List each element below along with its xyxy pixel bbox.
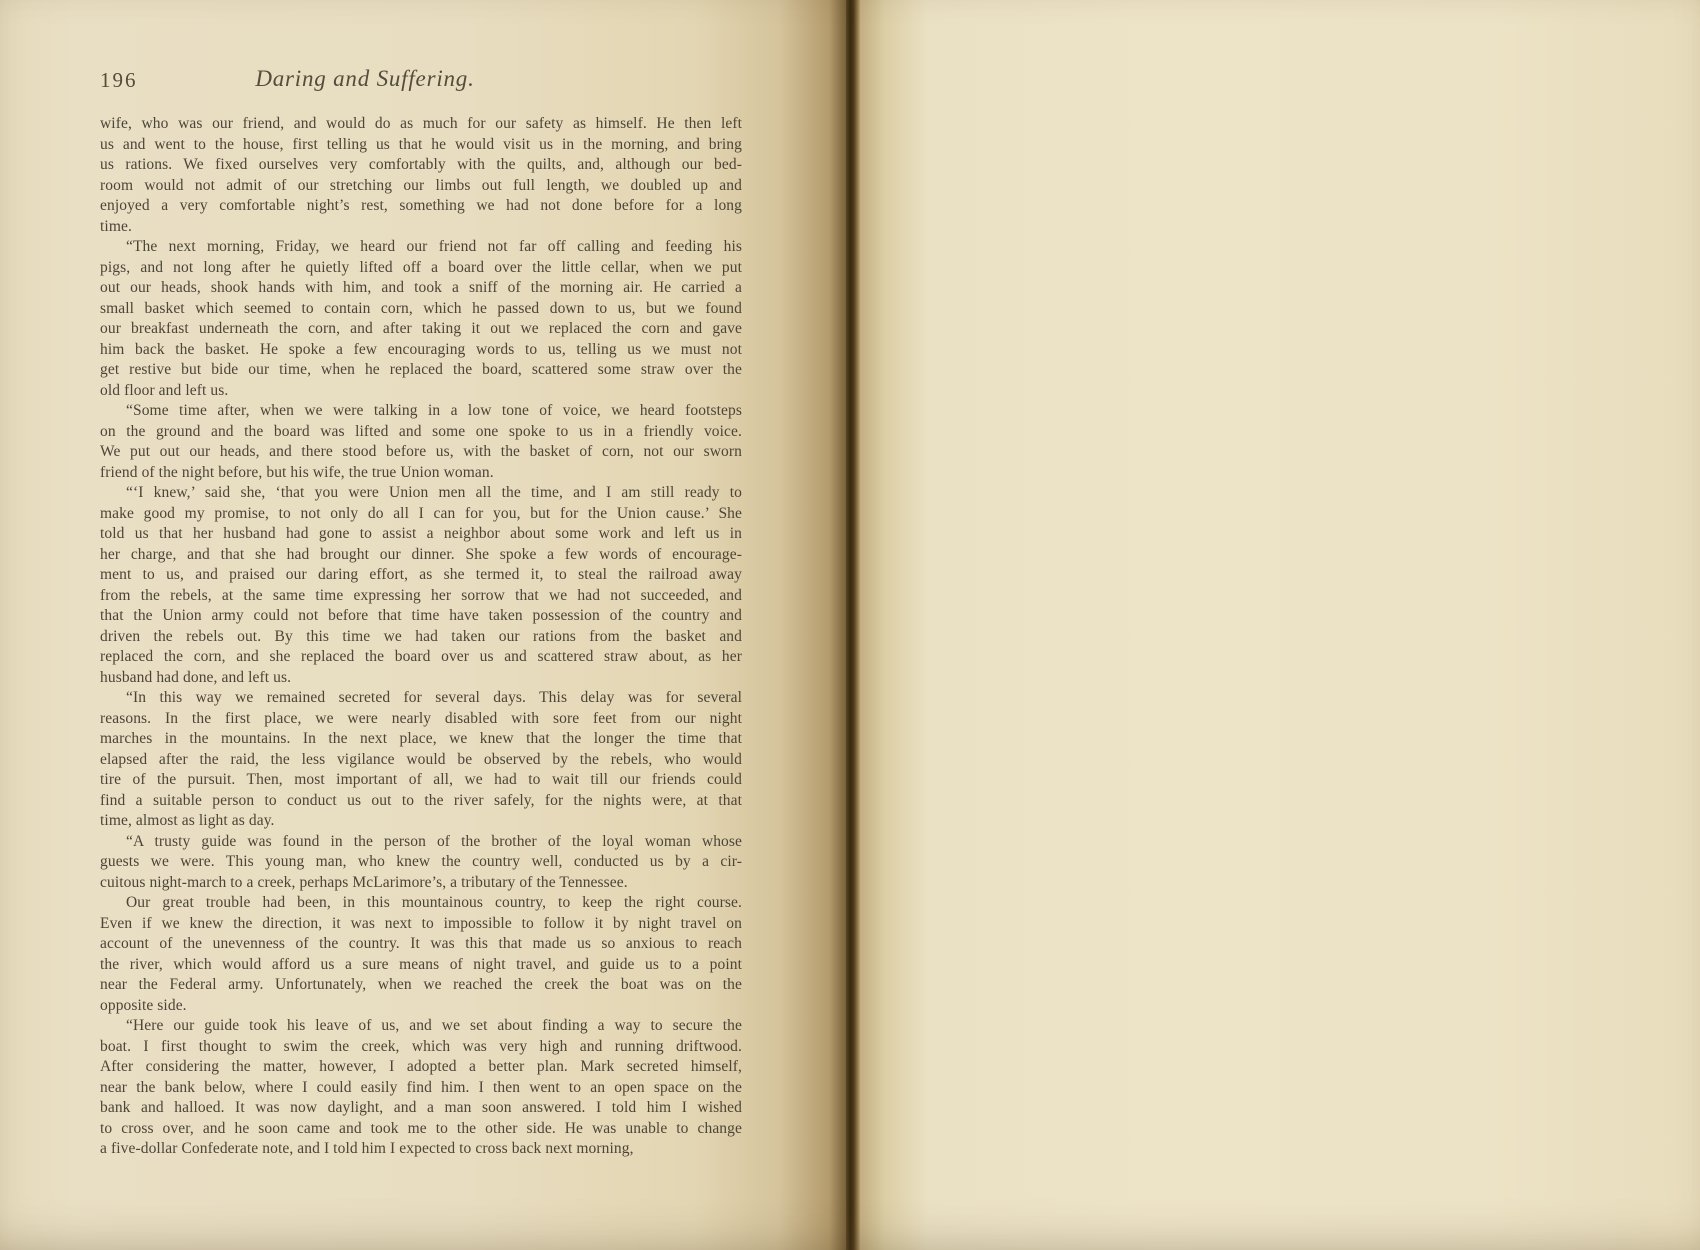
text-line: driven the rebels out. By this time we h… (100, 627, 742, 648)
text-line: get restive but bide our time, when he r… (100, 360, 742, 381)
text-line: Our great trouble had been, in this moun… (100, 893, 742, 914)
paragraph: “In this way we remained secreted for se… (100, 688, 742, 832)
running-title-left: Daring and Suffering. (100, 66, 630, 92)
text-line: husband had done, and left us. (100, 668, 742, 689)
text-line: enjoyed a very comfortable night’s rest,… (100, 196, 742, 217)
text-line: that the Union army could not before tha… (100, 606, 742, 627)
text-line: room would not admit of our stretching o… (100, 176, 742, 197)
text-line: the river, which would afford us a sure … (100, 955, 742, 976)
book-spine-gutter (846, 0, 860, 1250)
left-page-header: 196 Daring and Suffering. (100, 66, 742, 100)
text-line: him back the basket. He spoke a few enco… (100, 340, 742, 361)
text-line: pigs, and not long after he quietly lift… (100, 258, 742, 279)
text-line: boat. I first thought to swim the creek,… (100, 1037, 742, 1058)
paragraph: “Some time after, when we were talking i… (100, 401, 742, 483)
text-line: cuitous night-march to a creek, perhaps … (100, 873, 742, 894)
text-line: time. (100, 217, 742, 238)
text-line: our breakfast underneath the corn, and a… (100, 319, 742, 340)
paragraph: “A trusty guide was found in the person … (100, 832, 742, 894)
text-line: “Some time after, when we were talking i… (100, 401, 742, 422)
text-line: account of the unevenness of the country… (100, 934, 742, 955)
text-line: After considering the matter, however, I… (100, 1057, 742, 1078)
text-line: replaced the corn, and she replaced the … (100, 647, 742, 668)
text-line: small basket which seemed to contain cor… (100, 299, 742, 320)
text-line: told us that her husband had gone to ass… (100, 524, 742, 545)
paragraph: wife, who was our friend, and would do a… (100, 114, 742, 237)
text-line: from the rebels, at the same time expres… (100, 586, 742, 607)
left-page-text: wife, who was our friend, and would do a… (100, 114, 742, 1160)
text-line: ment to us, and praised our daring effor… (100, 565, 742, 586)
text-line: “In this way we remained secreted for se… (100, 688, 742, 709)
right-page: The Roll of the Captives. 197 and would … (860, 0, 1700, 1250)
text-line: elapsed after the raid, the less vigilan… (100, 750, 742, 771)
book-spread: 196 Daring and Suffering. wife, who was … (0, 0, 1700, 1250)
text-line: opposite side. (100, 996, 742, 1017)
text-line: reasons. In the first place, we were nea… (100, 709, 742, 730)
text-line: “A trusty guide was found in the person … (100, 832, 742, 853)
paragraph: “Here our guide took his leave of us, an… (100, 1016, 742, 1160)
text-line: near the bank below, where I could easil… (100, 1078, 742, 1099)
text-line: “Here our guide took his leave of us, an… (100, 1016, 742, 1037)
text-line: old floor and left us. (100, 381, 742, 402)
text-line: on the ground and the board was lifted a… (100, 422, 742, 443)
text-line: We put out our heads, and there stood be… (100, 442, 742, 463)
paragraph: “The next morning, Friday, we heard our … (100, 237, 742, 401)
paragraph: Our great trouble had been, in this moun… (100, 893, 742, 1016)
paragraph: “‘I knew,’ said she, ‘that you were Unio… (100, 483, 742, 688)
text-line: out our heads, shook hands with him, and… (100, 278, 742, 299)
text-line: “The next morning, Friday, we heard our … (100, 237, 742, 258)
text-line: us and went to the house, first telling … (100, 135, 742, 156)
text-line: marches in the mountains. In the next pl… (100, 729, 742, 750)
text-line: time, almost as light as day. (100, 811, 742, 832)
text-line: her charge, and that she had brought our… (100, 545, 742, 566)
text-line: bank and halloed. It was now daylight, a… (100, 1098, 742, 1119)
text-line: us rations. We fixed ourselves very comf… (100, 155, 742, 176)
text-line: tire of the pursuit. Then, most importan… (100, 770, 742, 791)
text-line: make good my promise, to not only do all… (100, 504, 742, 525)
left-page: 196 Daring and Suffering. wife, who was … (0, 0, 846, 1250)
text-line: guests we were. This young man, who knew… (100, 852, 742, 873)
text-line: a five-dollar Confederate note, and I to… (100, 1139, 742, 1160)
text-line: “‘I knew,’ said she, ‘that you were Unio… (100, 483, 742, 504)
text-line: near the Federal army. Unfortunately, wh… (100, 975, 742, 996)
text-line: to cross over, and he soon came and took… (100, 1119, 742, 1140)
text-line: wife, who was our friend, and would do a… (100, 114, 742, 135)
text-line: friend of the night before, but his wife… (100, 463, 742, 484)
text-line: find a suitable person to conduct us out… (100, 791, 742, 812)
text-line: Even if we knew the direction, it was ne… (100, 914, 742, 935)
